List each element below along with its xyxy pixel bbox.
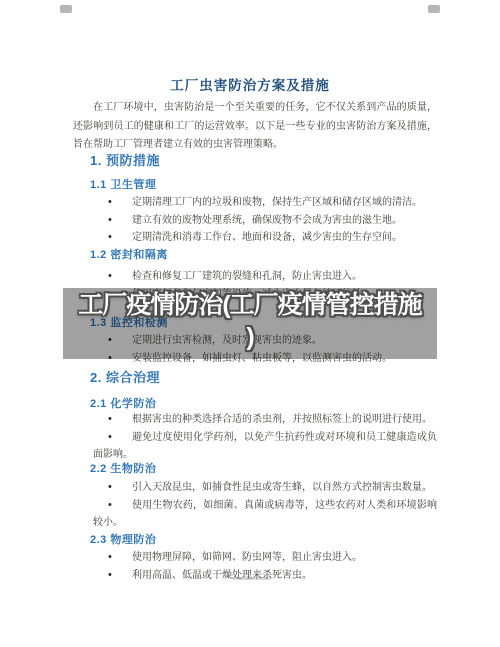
bullet-list-biological: 引入天敌昆虫，如捕食性昆虫或寄生蜂，以自然方式控制害虫数量。 使用生物农药，如细… — [93, 479, 437, 532]
watermark-title-line2: ) — [246, 321, 253, 353]
bullet-item: 定期清洗和消毒工作台、地面和设备，减少害虫的生存空间。 — [93, 229, 437, 247]
page-title: 工厂虫害防治方案及措施 — [0, 77, 500, 95]
scan-artifact-right — [428, 5, 440, 13]
bullet-item: 避免过度使用化学药剂，以免产生抗药性或对环境和员工健康造成负面影响。 — [93, 429, 437, 464]
bullet-item: 引入天敌昆虫，如捕食性昆虫或寄生蜂，以自然方式控制害虫数量。 — [93, 479, 437, 497]
bullet-list-hygiene: 定期清理工厂内的垃圾和废物，保持生产区域和储存区域的清洁。 建立有效的废物处理系… — [93, 194, 437, 247]
subsection-heading-hygiene: 1.1 卫生管理 — [90, 177, 156, 193]
bullet-item: 根据害虫的种类选择合适的杀虫剂，并按照标签上的说明进行使用。 — [93, 411, 437, 429]
intro-paragraph: 在工厂环境中，虫害防治是一个至关重要的任务，它不仅关系到产品的质量，还影响到员工… — [73, 99, 437, 155]
bullet-item: 使用物理屏障，如筛网、防虫网等，阻止害虫进入。 — [93, 549, 437, 567]
scan-artifact-left — [60, 5, 72, 13]
bullet-item: 使用生物农药，如细菌、真菌或病毒等，这些农药对人类和环境影响较小。 — [93, 497, 437, 532]
bullet-item: 利用高温、低温或干燥处理来杀死害虫。 — [93, 567, 437, 585]
section-heading-integrated: 2. 综合治理 — [90, 368, 160, 388]
bullet-item: 检查和修复工厂建筑的裂缝和孔洞，防止害虫进入。 — [93, 268, 437, 286]
subsection-heading-chemical: 2.1 化学防治 — [90, 396, 156, 412]
subsection-heading-biological: 2.2 生物防治 — [90, 461, 156, 477]
subsection-heading-physical: 2.3 物理防治 — [90, 532, 156, 548]
section-heading-prevention: 1. 预防措施 — [90, 151, 160, 171]
bullet-item: 建立有效的废物处理系统，确保废物不会成为害虫的滋生地。 — [93, 212, 437, 230]
bullet-item: 定期清理工厂内的垃圾和废物，保持生产区域和储存区域的清洁。 — [93, 194, 437, 212]
watermark-banner: 工厂疫情防治(工厂疫情管控措施 ) — [63, 288, 437, 359]
document-page: { "document": { "title": "工厂虫害防治方案及措施", … — [0, 0, 500, 647]
bullet-list-physical: 使用物理屏障，如筛网、防虫网等，阻止害虫进入。 利用高温、低温或干燥处理来杀死害… — [93, 549, 437, 584]
subsection-heading-sealing: 1.2 密封和隔离 — [90, 247, 168, 263]
watermark-title-line1: 工厂疫情防治(工厂疫情管控措施 — [78, 289, 421, 321]
bullet-list-chemical: 根据害虫的种类选择合适的杀虫剂，并按照标签上的说明进行使用。 避免过度使用化学药… — [93, 411, 437, 464]
